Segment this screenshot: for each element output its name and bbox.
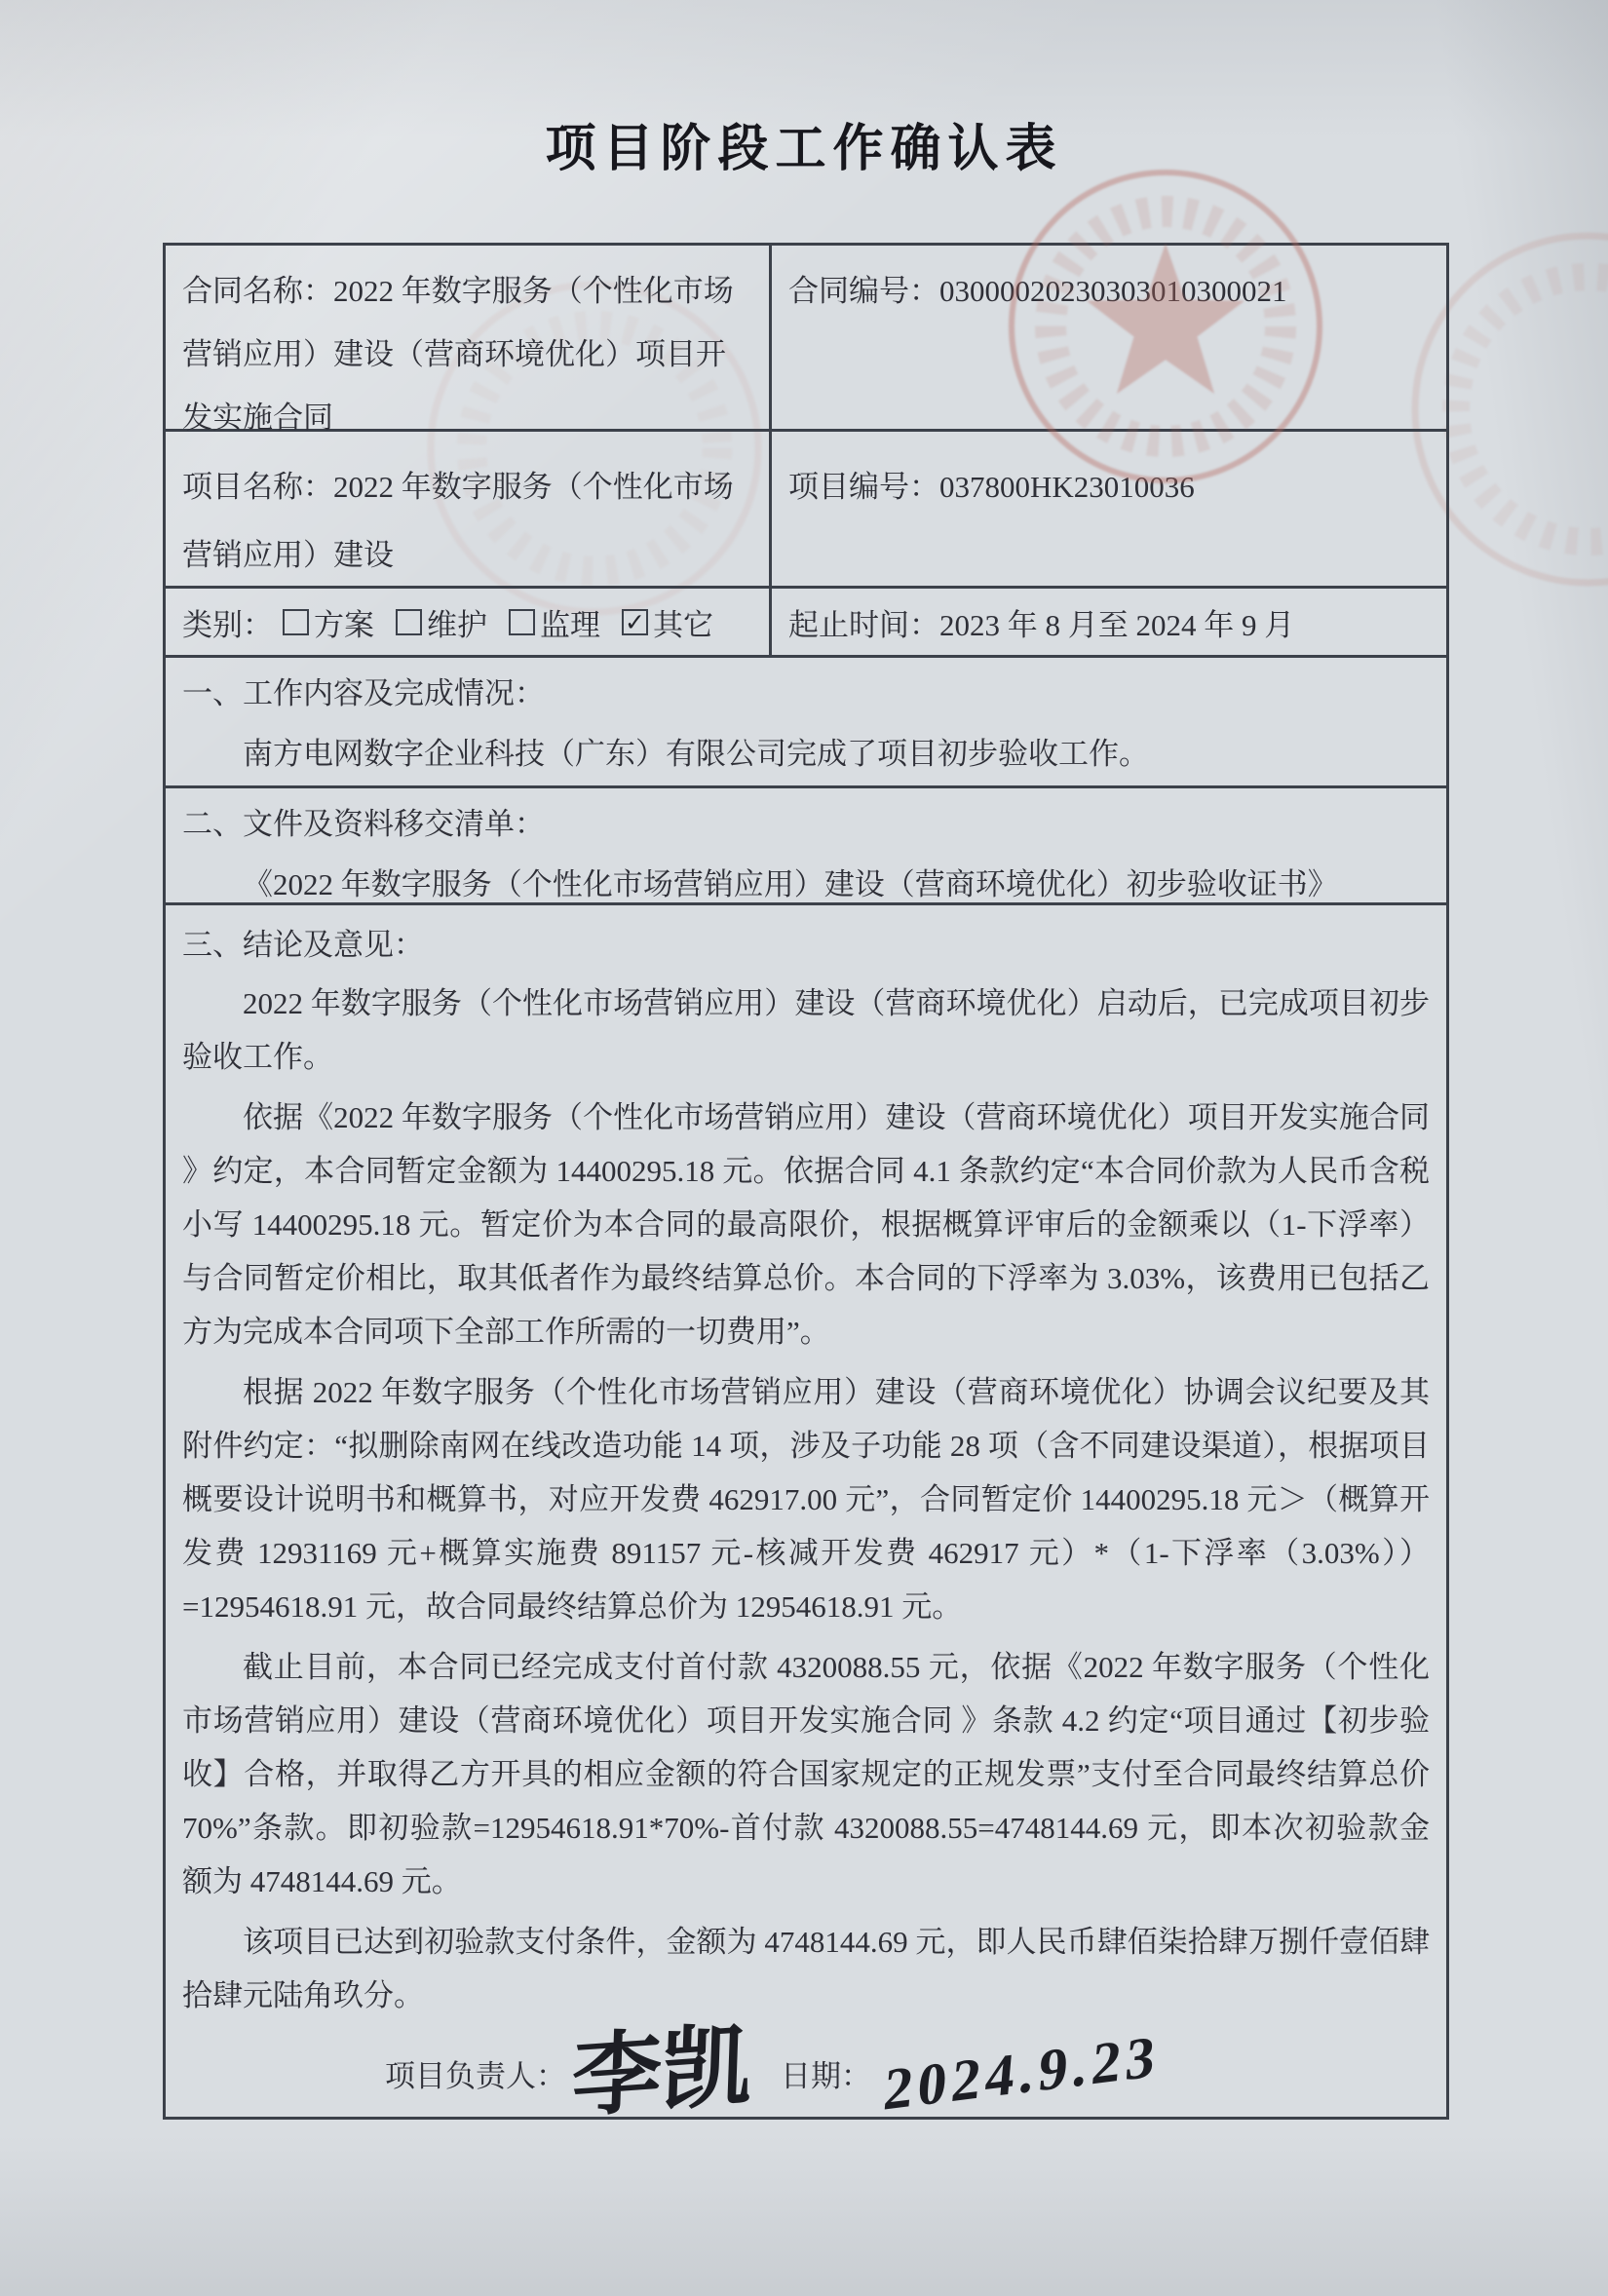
row-contract: 合同名称：2022 年数字服务（个性化市场营销应用）建设（营商环境优化）项目开发… xyxy=(166,246,1446,432)
checkbox-option-weihu: 维护 xyxy=(396,600,487,644)
manager-signature-handwritten: 李凯 xyxy=(572,2066,751,2079)
manager-label: 项目负责人： xyxy=(385,2051,566,2095)
cell-project-name: 项目名称：2022 年数字服务（个性化市场营销应用）建设 xyxy=(166,432,772,599)
cell-contract-no: 合同编号：03000020230303010300021 xyxy=(772,246,1446,459)
confirmation-form-table: 合同名称：2022 年数字服务（个性化市场营销应用）建设（营商环境优化）项目开发… xyxy=(163,243,1449,2120)
checkbox-option-fangan: 方案 xyxy=(283,600,374,644)
scanned-document-page: 项目阶段工作确认表 合同名称：2022 年数字服务（个性化市场营销应用）建设（营… xyxy=(0,0,1608,2296)
project-name-label: 项目名称： xyxy=(182,470,333,504)
checkbox-qita-checked: ✓ xyxy=(622,609,648,635)
contract-name-label: 合同名称： xyxy=(182,274,333,308)
checkbox-weihu xyxy=(396,609,422,635)
project-no-value: 037800HK23010036 xyxy=(939,470,1195,504)
page-title: 项目阶段工作确认表 xyxy=(0,107,1608,180)
cell-project-no: 项目编号：037800HK23010036 xyxy=(772,432,1446,599)
duration-label: 起止时间： xyxy=(788,600,939,644)
cell-contract-name: 合同名称：2022 年数字服务（个性化市场营销应用）建设（营商环境优化）项目开发… xyxy=(166,246,772,459)
row-project: 项目名称：2022 年数字服务（个性化市场营销应用）建设 项目编号：037800… xyxy=(166,432,1446,589)
section2-heading: 二、文件及资料移交清单： xyxy=(182,800,1430,849)
checkbox-option-jianli: 监理 xyxy=(509,600,600,644)
checkbox-jianli-label: 监理 xyxy=(540,600,600,644)
contract-no-value: 03000020230303010300021 xyxy=(939,274,1287,308)
section3-heading: 三、结论及意见： xyxy=(182,921,1430,970)
conclusion-paragraph-1: 2022 年数字服务（个性化市场营销应用）建设（营商环境优化）启动后，已完成项目… xyxy=(182,976,1430,1084)
category-options: 方案 维护 监理 ✓其它 xyxy=(283,600,713,644)
conclusion-paragraph-5: 该项目已达到初验款支付条件，金额为 4748144.69 元，即人民币肆佰柒拾肆… xyxy=(182,1915,1430,2022)
checkbox-jianli xyxy=(509,609,535,635)
conclusion-paragraph-2: 依据《2022 年数字服务（个性化市场营销应用）建设（营商环境优化）项目开发实施… xyxy=(182,1091,1430,1358)
checkbox-fangan-label: 方案 xyxy=(314,600,374,644)
duration-value: 2023 年 8 月至 2024 年 9 月 xyxy=(939,600,1294,644)
contract-no-label: 合同编号： xyxy=(788,274,939,308)
project-no-label: 项目编号： xyxy=(788,470,939,504)
section-conclusion: 三、结论及意见： 2022 年数字服务（个性化市场营销应用）建设（营商环境优化）… xyxy=(166,905,1446,2117)
cell-category: 类别： 方案 维护 监理 ✓其它 xyxy=(166,589,772,655)
row-category-duration: 类别： 方案 维护 监理 ✓其它 起止时间：2023 年 8 月至 2024 年… xyxy=(166,589,1446,658)
category-label: 类别： xyxy=(182,600,273,644)
date-label: 日期： xyxy=(781,2051,871,2095)
section1-heading: 一、工作内容及完成情况： xyxy=(182,670,1430,718)
checkbox-option-qita: ✓其它 xyxy=(622,600,713,644)
conclusion-paragraph-3: 根据 2022 年数字服务（个性化市场营销应用）建设（营商环境优化）协调会议纪要… xyxy=(182,1365,1430,1633)
checkbox-fangan xyxy=(283,609,309,635)
conclusion-paragraph-4: 截止目前，本合同已经完成支付首付款 4320088.55 元，依据《2022 年… xyxy=(182,1640,1430,1908)
signature-row: 项目负责人： 李凯 日期： 2024.9.23 xyxy=(385,2051,1161,2095)
checkbox-weihu-label: 维护 xyxy=(427,600,487,644)
section1-paragraph: 南方电网数字企业科技（广东）有限公司完成了项目初步验收工作。 xyxy=(182,726,1430,783)
checkbox-qita-label: 其它 xyxy=(653,600,713,644)
cell-duration: 起止时间：2023 年 8 月至 2024 年 9 月 xyxy=(772,589,1446,655)
date-signature-handwritten: 2024.9.23 xyxy=(884,2056,1160,2090)
section-work-content: 一、工作内容及完成情况： 南方电网数字企业科技（广东）有限公司完成了项目初步验收… xyxy=(166,658,1446,788)
section-handover-list: 二、文件及资料移交清单： 《2022 年数字服务（个性化市场营销应用）建设（营商… xyxy=(166,788,1446,905)
